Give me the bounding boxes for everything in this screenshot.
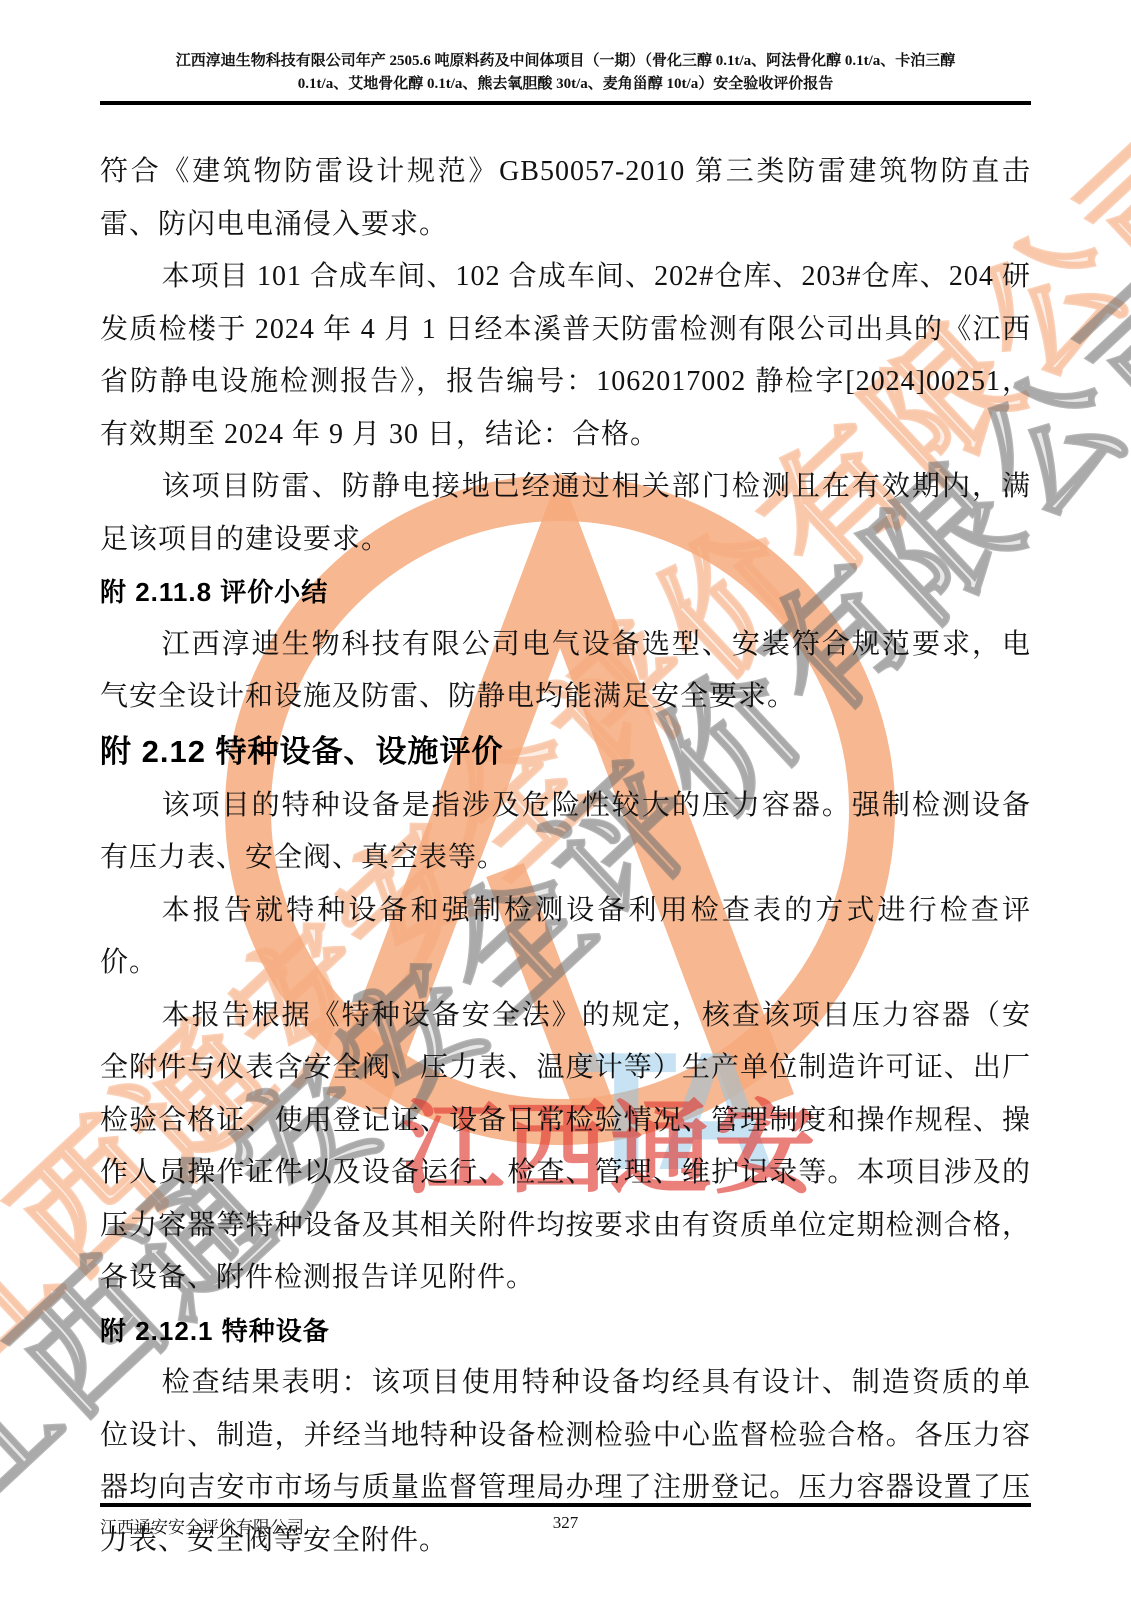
heading-2-12-1-special-equipment: 附 2.12.1 特种设备 bbox=[100, 1305, 1031, 1358]
header-title-line1: 江西淳迪生物科技有限公司年产 2505.6 吨原料药及中间体项目（一期）（骨化三… bbox=[100, 50, 1031, 73]
paragraph-pressure-vessel-intro: 该项目的特种设备是指涉及危险性较大的压力容器。强制检测设备有压力表、安全阀、真空… bbox=[100, 780, 1031, 885]
report-page: 江西通安安全评价有限公司 TA 江西通安安全评价有限公司 江西通安 江西淳迪生物… bbox=[0, 0, 1131, 1600]
page-footer: 江西通安安全评价有限公司 327 bbox=[100, 1503, 1031, 1511]
footer-page-number: 327 bbox=[100, 1513, 1031, 1533]
heading-2-12-special-equipment-evaluation: 附 2.12 特种设备、设施评价 bbox=[100, 724, 1031, 780]
paragraph-special-equipment-law-check: 本报告根据《特种设备安全法》的规定，核查该项目压力容器（安全附件与仪表含安全阀、… bbox=[100, 990, 1031, 1305]
page-header: 江西淳迪生物科技有限公司年产 2505.6 吨原料药及中间体项目（一期）（骨化三… bbox=[100, 50, 1031, 105]
paragraph-antistatic-test-report: 本项目 101 合成车间、102 合成车间、202#仓库、203#仓库、204 … bbox=[100, 251, 1031, 461]
heading-2-11-8-evaluation-summary: 附 2.11.8 评价小结 bbox=[100, 566, 1031, 619]
paragraph-electrical-summary: 江西淳迪生物科技有限公司电气设备选型、安装符合规范要求，电气安全设计和设施及防雷… bbox=[100, 619, 1031, 724]
paragraph-lightning-compliance: 符合《建筑物防雷设计规范》GB50057-2010 第三类防雷建筑物防直击雷、防… bbox=[100, 146, 1031, 251]
document-body: 符合《建筑物防雷设计规范》GB50057-2010 第三类防雷建筑物防直击雷、防… bbox=[100, 146, 1031, 1567]
paragraph-grounding-conclusion: 该项目防雷、防静电接地已经通过相关部门检测且在有效期内，满足该项目的建设要求。 bbox=[100, 461, 1031, 566]
paragraph-checklist-method: 本报告就特种设备和强制检测设备利用检查表的方式进行检查评价。 bbox=[100, 885, 1031, 990]
header-title-line2: 0.1t/a、艾地骨化醇 0.1t/a、熊去氧胆酸 30t/a、麦角甾醇 10t… bbox=[100, 73, 1031, 96]
